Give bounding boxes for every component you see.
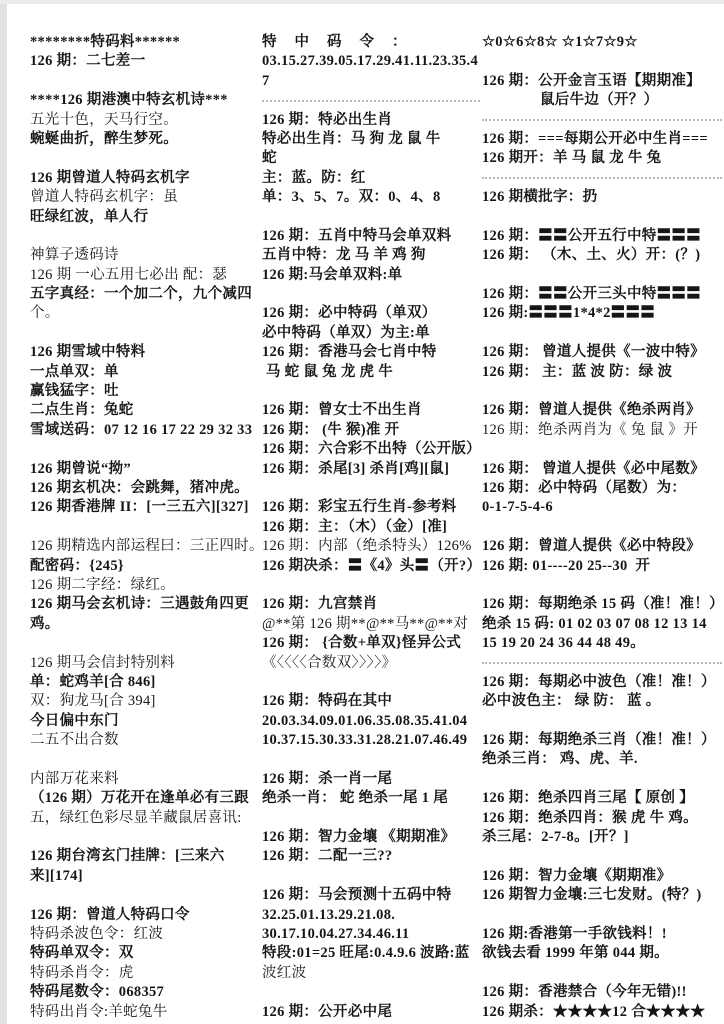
text-line: 个。 xyxy=(30,304,258,323)
text-line: 126 期:〓〓〓1*4*2〓〓〓 xyxy=(482,304,722,323)
text-line: 126 期开：羊 马 鼠 龙 牛 兔 xyxy=(482,149,722,168)
text-line: 126 期：马会预测十五码中特 xyxy=(262,886,480,905)
text-line xyxy=(30,518,258,537)
scanned-lottery-tips-page: ********特码料******126 期：二七差一 ****126 期港澳中… xyxy=(0,0,724,1024)
text-line: 126 期：内部（绝杀特头）126% xyxy=(262,537,480,556)
text-line: 126 期：主：（木）（金）[准] xyxy=(262,518,480,537)
text-line: 内部万花来料 xyxy=(30,770,258,789)
text-line: 蜿蜒曲折，醉生梦死。 xyxy=(30,130,258,149)
text-line xyxy=(482,208,722,227)
text-line: 绝杀 15 码: 01 02 03 07 08 12 13 14 xyxy=(482,615,722,634)
text-line: 必中特码（单双）为主:单 xyxy=(262,324,480,343)
text-line xyxy=(482,518,722,537)
text-line: 五光十色，天马行空。 xyxy=(30,111,258,130)
text-line: 126 期：必中特码（尾数）为： xyxy=(482,479,722,498)
text-line: 126 期决杀：〓《4》头〓（开?） xyxy=(262,557,480,576)
text-line: 126 期：曾道人提供《必中特段》 xyxy=(482,537,722,556)
section-divider xyxy=(482,111,722,130)
text-line xyxy=(30,828,258,847)
text-line xyxy=(30,750,258,769)
text-line: 欲钱去看 1999 年第 044 期。 xyxy=(482,944,722,963)
text-line xyxy=(262,208,480,227)
text-line xyxy=(482,266,722,285)
text-line: ☆0☆6☆8☆ ☆1☆7☆9☆ xyxy=(482,33,722,52)
section-divider xyxy=(482,654,722,673)
text-line: 10.37.15.30.33.31.28.21.07.46.49 xyxy=(262,731,480,750)
text-line: ****126 期港澳中特玄机诗*** xyxy=(30,91,258,110)
text-line xyxy=(30,149,258,168)
text-line: 特码杀波色令：红波 xyxy=(30,925,258,944)
text-line xyxy=(482,52,722,71)
text-line: 126 期：每期必中波色（准！准！） xyxy=(482,673,722,692)
text-line: ********特码料****** xyxy=(30,33,258,52)
text-line: 126 期：智力金壤《期期准》 xyxy=(482,867,722,886)
text-line: 126 期：曾道人特码口令 xyxy=(30,906,258,925)
text-line: 126 期：〓〓公开三头中特〓〓〓 xyxy=(482,285,722,304)
text-line: 神算子透码诗 xyxy=(30,246,258,265)
text-line xyxy=(482,324,722,343)
text-line: 126 期：绝杀两肖为《 兔 鼠 》开 xyxy=(482,421,722,440)
text-line: （126 期）万花开在逢单必有三跟 xyxy=(30,789,258,808)
text-line: 五字真经：一个加二个，九个减四 xyxy=(30,285,258,304)
text-line: 配密码：{245} xyxy=(30,557,258,576)
text-line: 单：3、5、7。双：0、4、8 xyxy=(262,188,480,207)
text-line: 二五不出合数 xyxy=(30,731,258,750)
text-line: 126 期二字经：绿红。 xyxy=(30,576,258,595)
text-line: 126 期：特码在其中 xyxy=(262,692,480,711)
text-line: 126 期:香港第一手欲钱料！! xyxy=(482,925,722,944)
text-line xyxy=(482,964,722,983)
text-line: 126 期马会玄机诗：三遇鼓角四更 xyxy=(30,595,258,614)
text-line: 126 期：曾女士不出生肖 xyxy=(262,401,480,420)
text-line xyxy=(262,576,480,595)
text-line xyxy=(262,750,480,769)
text-column-left: ********特码料******126 期：二七差一 ****126 期港澳中… xyxy=(30,33,258,1022)
text-line: 绝杀三肖： 鸡、虎、羊. xyxy=(482,750,722,769)
text-line xyxy=(482,847,722,866)
text-line: 126 期智力金壤:三七发财。(特？) xyxy=(482,886,722,905)
text-line: 特码尾数令：068357 xyxy=(30,983,258,1002)
text-line: 单：蛇鸡羊[合 846] xyxy=(30,673,258,692)
text-column-middle: 特中码令：03.15.27.39.05.17.29.41.11.23.35.47… xyxy=(262,33,480,1022)
text-line: 126 期：特必出生肖 xyxy=(262,111,480,130)
text-line: 126 期：香港马会七肖中特 xyxy=(262,343,480,362)
text-column-right: ☆0☆6☆8☆ ☆1☆7☆9☆ 126 期：公开金言玉语【期期准】鼠后牛边（开？… xyxy=(482,33,722,1022)
text-line: 7 xyxy=(262,72,480,91)
text-line: 今日偏中东门 xyxy=(30,712,258,731)
text-line: 126 期： 曾道人提供《一波中特》 xyxy=(482,343,722,362)
text-line xyxy=(30,227,258,246)
text-line: 126 期：公开必中尾 xyxy=(262,1003,480,1022)
text-line xyxy=(482,576,722,595)
text-line: 126 期：六合彩不出特（公开版） xyxy=(262,440,480,459)
text-line xyxy=(30,634,258,653)
text-line: 0-1-7-5-4-6 xyxy=(482,498,722,517)
text-line: 126 期:马会单双料:单 xyxy=(262,266,480,285)
text-line: 五，绿红色彩尽显羊藏鼠居喜讯: xyxy=(30,809,258,828)
text-line xyxy=(30,440,258,459)
text-line: 126 期台湾玄门挂牌：[三来六 xyxy=(30,847,258,866)
text-line xyxy=(262,809,480,828)
text-line: 126 期：〓〓公开五行中特〓〓〓 xyxy=(482,227,722,246)
text-line: 126 期：绝杀四肖：猴 虎 牛 鸡。 xyxy=(482,809,722,828)
section-divider xyxy=(482,169,722,188)
text-line: 126 期：二七差一 xyxy=(30,52,258,71)
text-line: 126 期：公开金言玉语【期期准】 xyxy=(482,72,722,91)
text-line: @**第 126 期**@**马**@**对 xyxy=(262,615,480,634)
text-line: 126 期：九宫禁肖 xyxy=(262,595,480,614)
text-line: 鸡。 xyxy=(30,615,258,634)
text-line xyxy=(262,867,480,886)
text-line: 《〈〈〈〈合数双〉〉〉〉》 xyxy=(262,654,480,673)
text-line: 20.03.34.09.01.06.35.08.35.41.04 xyxy=(262,712,480,731)
text-line: 126 期：五肖中特马会单双料 xyxy=(262,227,480,246)
text-line: 126 期：杀一肖一尾 xyxy=(262,770,480,789)
text-line: 必中波色主： 绿 防： 蓝 。 xyxy=(482,692,722,711)
text-line: 126 期： (牛 猴)准 开 xyxy=(262,421,480,440)
text-line: 二点生肖：兔蛇 xyxy=(30,401,258,420)
text-line: 126 期： {合数+单双}怪异公式 xyxy=(262,634,480,653)
text-line: 126 期：必中特码（单双） xyxy=(262,304,480,323)
text-line: 126 期：===每期公开必中生肖=== xyxy=(482,130,722,149)
text-line: 126 期曾说“拗” xyxy=(30,460,258,479)
text-line xyxy=(482,906,722,925)
text-line: 30.17.10.04.27.34.46.11 xyxy=(262,925,480,944)
text-line: 126 期曾道人特码玄机字 xyxy=(30,169,258,188)
text-line: 32.25.01.13.29.21.08. xyxy=(262,906,480,925)
text-line: 特中码令： xyxy=(262,33,480,52)
text-line: 特码出肖令:羊蛇兔牛 xyxy=(30,1003,258,1022)
text-line: 一点单双：单 xyxy=(30,363,258,382)
text-line: 126 期横批字：扔 xyxy=(482,188,722,207)
text-line: 旺绿红波，单人行 xyxy=(30,208,258,227)
text-line: 五肖中特：龙 马 羊 鸡 狗 xyxy=(262,246,480,265)
text-line: 特段:01=25 旺尾:0.4.9.6 波路:蓝 xyxy=(262,944,480,963)
text-line xyxy=(482,712,722,731)
text-line: 126 期：每期绝杀三肖（准！准！） xyxy=(482,731,722,750)
text-line: 126 期： 主：蓝 波 防：绿 波 xyxy=(482,363,722,382)
section-divider xyxy=(262,91,480,110)
text-line: 126 期 一心五用七必出 配：瑟 xyxy=(30,266,258,285)
text-line: 特码单双令：双 xyxy=(30,944,258,963)
text-line: 03.15.27.39.05.17.29.41.11.23.35.4 xyxy=(262,52,480,71)
text-line xyxy=(262,285,480,304)
text-line xyxy=(262,983,480,1002)
text-line xyxy=(30,886,258,905)
text-line xyxy=(482,770,722,789)
text-line: 15 19 20 24 36 44 48 49。 xyxy=(482,634,722,653)
text-line: 波红波 xyxy=(262,964,480,983)
text-line xyxy=(262,673,480,692)
text-line: 蛇 xyxy=(262,149,480,168)
text-line: 126 期： （木、土、火）开：(？) xyxy=(482,246,722,265)
text-line: 赢钱猛字：吐 xyxy=(30,382,258,401)
text-line: 曾道人特码玄机字：虽 xyxy=(30,188,258,207)
text-line xyxy=(262,479,480,498)
text-line: 126 期：每期绝杀 15 码（准！准！） xyxy=(482,595,722,614)
text-line: 126 期：智力金壤 《期期准》 xyxy=(262,828,480,847)
text-line xyxy=(262,382,480,401)
text-line: 杀三尾：2-7-8。[开？] xyxy=(482,828,722,847)
text-line: 特码杀肖令：虎 xyxy=(30,964,258,983)
text-line: 126 期精选内部运程曰：三正四时。 xyxy=(30,537,258,556)
text-line: 126 期杀：★★★★12 合★★★★ xyxy=(482,1003,722,1022)
text-line: 126 期：二配一三?? xyxy=(262,847,480,866)
text-line: 126 期：彩宝五行生肖-参考料 xyxy=(262,498,480,517)
text-line xyxy=(482,382,722,401)
text-line: 主：蓝。防：红 xyxy=(262,169,480,188)
text-line: 126 期: 01----20 25--30 开 xyxy=(482,557,722,576)
text-line: 126 期马会信封特别料 xyxy=(30,654,258,673)
text-line xyxy=(30,324,258,343)
text-line: 126 期： 曾道人提供《必中尾数》 xyxy=(482,460,722,479)
text-line: 126 期：曾道人提供《绝杀两肖》 xyxy=(482,401,722,420)
text-line xyxy=(30,72,258,91)
text-line: 126 期玄机决：会跳舞，猪冲虎。 xyxy=(30,479,258,498)
text-line: 特必出生肖：马 狗 龙 鼠 牛 xyxy=(262,130,480,149)
text-line: 鼠后牛边（开？） xyxy=(482,91,722,110)
text-line: 来][174] xyxy=(30,867,258,886)
text-line: 马 蛇 鼠 兔 龙 虎 牛 xyxy=(262,363,480,382)
text-line: 126 期：杀尾[3] 杀肖[鸡][鼠] xyxy=(262,460,480,479)
text-line: 双：狗龙马[合 394] xyxy=(30,692,258,711)
text-line: 126 期：香港禁合（今年无错)!! xyxy=(482,983,722,1002)
text-line: 126 期：绝杀四肖三尾【 原创 】 xyxy=(482,789,722,808)
text-line: 126 期香港牌 II：[一三五六][327] xyxy=(30,498,258,517)
text-line: 雪域送码：07 12 16 17 22 29 32 33 xyxy=(30,421,258,440)
text-line xyxy=(482,440,722,459)
text-line: 绝杀一肖： 蛇 绝杀一尾 1 尾 xyxy=(262,789,480,808)
text-line: 126 期雪域中特料 xyxy=(30,343,258,362)
